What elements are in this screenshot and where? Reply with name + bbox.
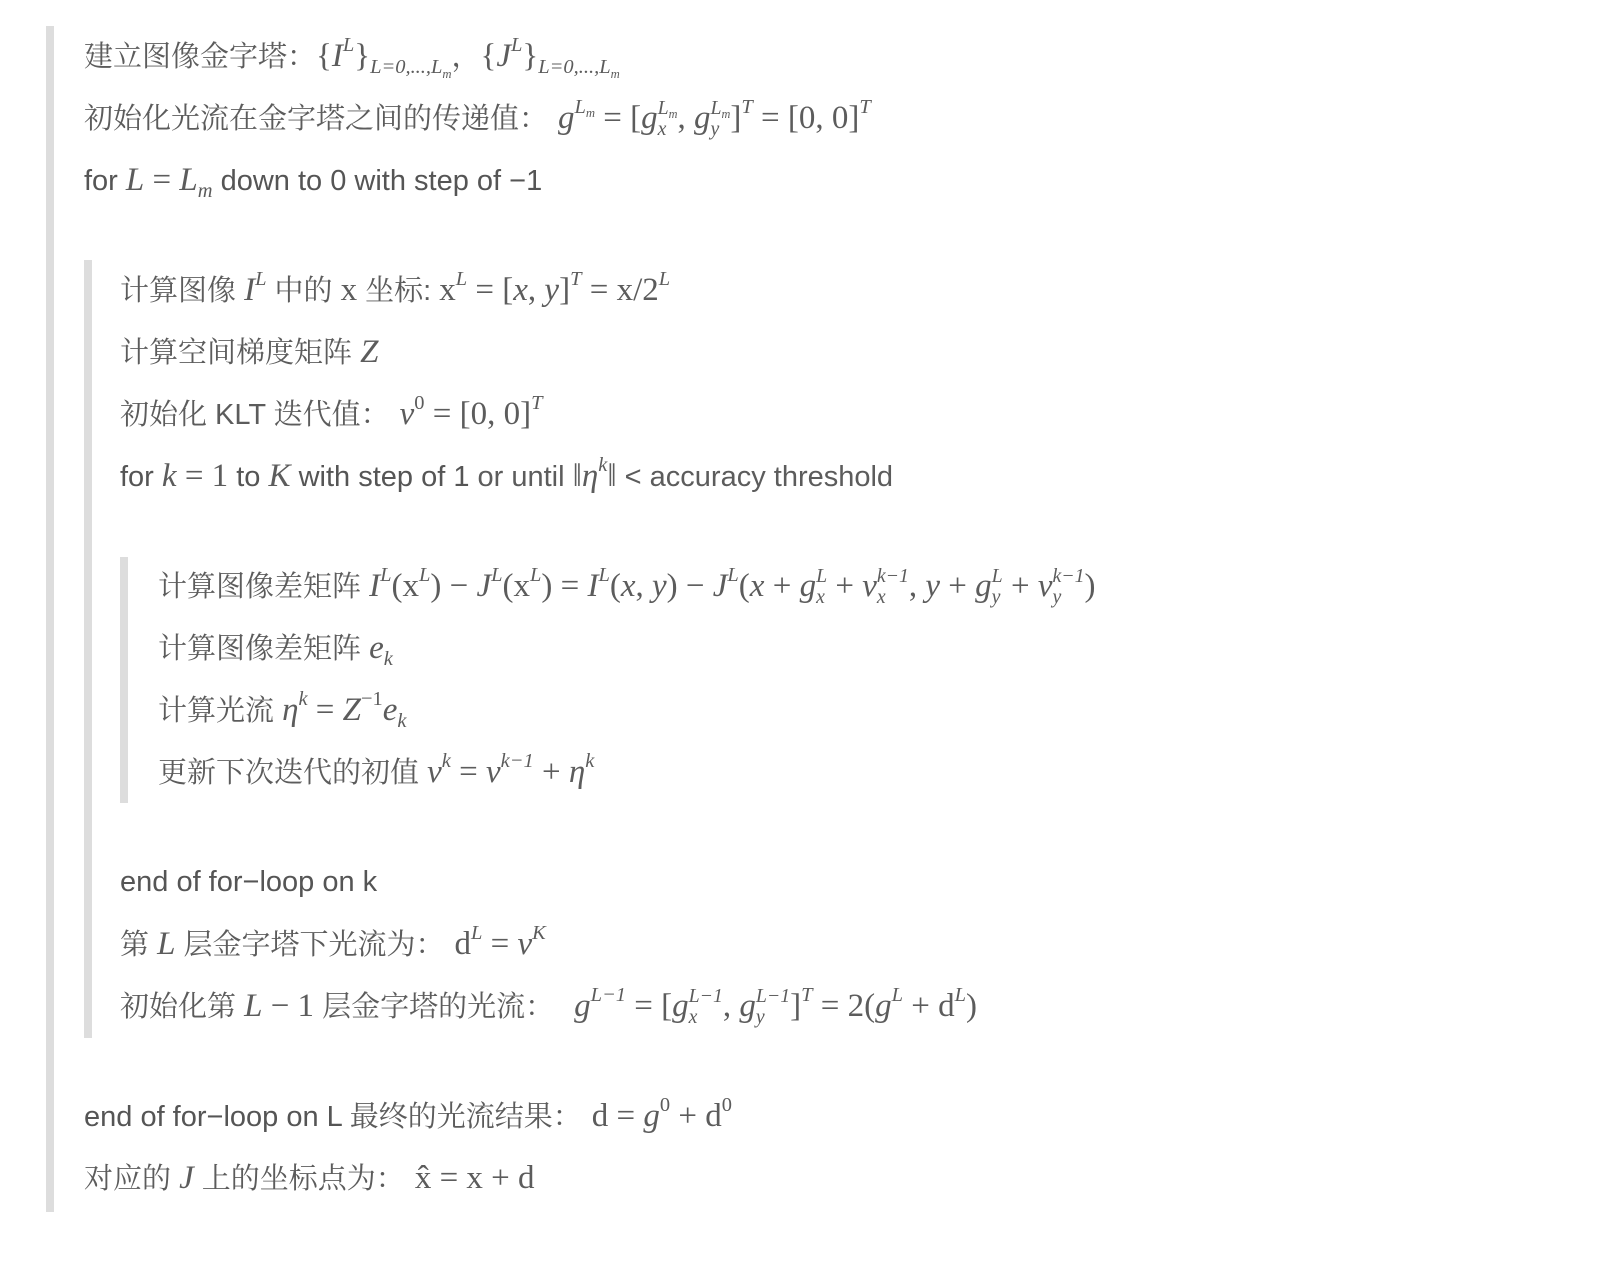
flow-at-L-label-b: 层金字塔下光流为：	[184, 929, 445, 961]
mismatch-label: 计算图像差矩阵	[158, 633, 361, 665]
J-var: J	[179, 1160, 194, 1196]
init-guess-line: 初始化光流在金字塔之间的传递值：gLm = [gLmx, gLmy]T = [0…	[84, 98, 871, 140]
mismatch-expr: ek	[369, 630, 393, 666]
for-k-expr: k = 1	[162, 458, 228, 494]
gradient-label: 计算空间梯度矩阵	[120, 337, 352, 369]
init-klt-line: 初始化 KLT 迭代值：v0 = [0, 0]T	[120, 394, 542, 435]
Z-var: Z	[360, 334, 378, 370]
for-k-line: for k = 1 to K with step of 1 or until ‖…	[120, 456, 893, 497]
flow-at-L-line: 第 L 层金字塔下光流为：dL = vK	[120, 924, 546, 965]
for-keyword: for	[84, 165, 118, 197]
update-expr: vk = vk−1 + ηk	[427, 754, 594, 790]
final-flow-label: 最终的光流结果：	[350, 1101, 582, 1133]
final-flow-expr: d = g0 + d0	[592, 1098, 732, 1134]
init-next-line: 初始化第 L − 1 层金字塔的光流：gL−1 = [gL−1x, gL−1y]…	[120, 986, 977, 1028]
L-var: L	[157, 926, 175, 962]
init-klt-expr: v0 = [0, 0]T	[400, 396, 543, 432]
compute-coord-label-b: 中的	[275, 275, 333, 307]
init-next-label-b: 层金字塔的光流：	[322, 991, 554, 1023]
init-next-label-a: 初始化第	[120, 991, 236, 1023]
final-point-label-a: 对应的	[84, 1163, 171, 1195]
flow-at-L-expr: dL = vK	[455, 926, 546, 962]
for-L-line: for L = Lm down to 0 with step of −1	[84, 160, 542, 201]
end-k-line: end of for−loop on k	[120, 862, 377, 902]
compute-coord-label: 计算图像	[120, 275, 236, 307]
update-line: 更新下次迭代的初值 vk = vk−1 + ηk	[158, 752, 594, 793]
for-L-rest: down to 0 with step of −1	[221, 165, 543, 197]
I-L-var: IL	[244, 272, 266, 308]
init-guess-label: 初始化光流在金字塔之间的传递值：	[84, 103, 548, 135]
optical-flow-expr: ηk = Z−1ek	[282, 692, 406, 728]
next-level-expr: L − 1	[244, 988, 314, 1024]
init-next-expr: gL−1 = [gL−1x, gL−1y]T = 2(gL + dL)	[574, 988, 977, 1024]
K-var: K	[269, 458, 291, 494]
step-text: with step of 1	[299, 461, 470, 493]
for-keyword: for	[120, 461, 154, 493]
separator: ，	[452, 41, 481, 73]
flow-at-L-label-a: 第	[120, 929, 149, 961]
update-label: 更新下次迭代的初值	[158, 757, 419, 789]
until-text: or until	[478, 461, 565, 493]
threshold-text: < accuracy threshold	[625, 461, 893, 493]
final-point-expr: x̂ = x + d	[415, 1160, 535, 1196]
init-klt-label: 初始化 KLT 迭代值：	[120, 399, 390, 431]
build-pyramid-line: 建立图像金字塔：{IL}L=0,...,Lm，{JL}L=0,...,Lm	[84, 36, 620, 77]
end-L-line: end of for−loop on L 最终的光流结果：d = g0 + d0	[84, 1096, 732, 1137]
pyramid-J-expr: {JL}L=0,...,Lm	[481, 38, 620, 74]
compute-coord-expr: xL = [x, y]T = x/2L	[439, 272, 670, 308]
optical-flow-label: 计算光流	[158, 695, 274, 727]
mismatch-line: 计算图像差矩阵 ek	[158, 628, 393, 669]
norm-expr: ‖ηk‖	[573, 458, 617, 494]
image-diff-label: 计算图像差矩阵	[158, 571, 361, 603]
optical-flow-line: 计算光流 ηk = Z−1ek	[158, 690, 407, 731]
compute-coord-label-c: 坐标:	[365, 275, 431, 307]
pyramid-I-expr: {IL}L=0,...,Lm	[316, 38, 452, 74]
gradient-line: 计算空间梯度矩阵 Z	[120, 332, 378, 373]
final-point-line: 对应的 J 上的坐标点为：x̂ = x + d	[84, 1158, 535, 1199]
image-diff-expr: IL(xL) − JL(xL) = IL(x, y) − JL(x + gLx …	[369, 568, 1095, 604]
x-var: x	[341, 272, 358, 308]
build-pyramid-label: 建立图像金字塔：	[84, 41, 316, 73]
final-point-label-b: 上的坐标点为：	[202, 1163, 405, 1195]
for-L-expr: L = Lm	[126, 162, 213, 198]
end-k-text: end of for−loop on k	[120, 866, 377, 898]
image-diff-line: 计算图像差矩阵 IL(xL) − JL(xL) = IL(x, y) − JL(…	[158, 566, 1096, 608]
end-L-text: end of for−loop on L	[84, 1101, 342, 1133]
compute-coord-line: 计算图像 IL 中的 x 坐标: xL = [x, y]T = x/2L	[120, 270, 670, 311]
to-keyword: to	[236, 461, 260, 493]
init-guess-expr: gLm = [gLmx, gLmy]T = [0, 0]T	[558, 100, 871, 136]
